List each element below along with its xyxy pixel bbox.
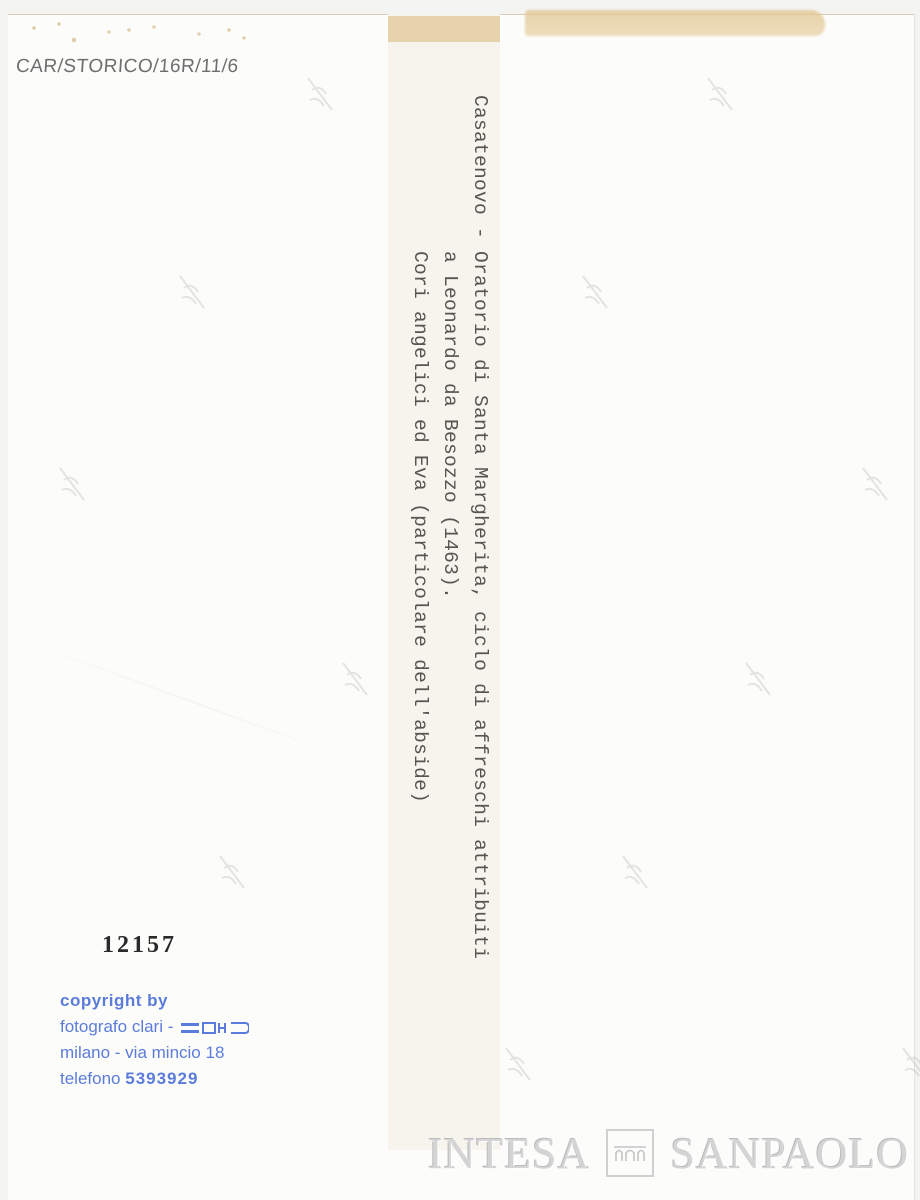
intesa-sanpaolo-watermark: INTESA SANPAOLO	[428, 1128, 909, 1178]
copyright-line: copyright by	[60, 988, 249, 1014]
caption-line-2: a Leonardo da Besozzo (1463).	[435, 95, 465, 1095]
brand-name-left: INTESA	[428, 1128, 590, 1179]
archive-code: CAR/STORICO/16R/11/6	[15, 56, 239, 78]
phone-line: telefono 5393929	[60, 1066, 249, 1092]
phone-number: 5393929	[125, 1069, 198, 1088]
phone-label: telefono	[60, 1069, 121, 1088]
embossed-monogram-icon	[738, 655, 778, 705]
adhesive-stain	[525, 10, 825, 36]
embossed-monogram-icon	[335, 655, 375, 705]
photographer-line: fotografo clari -	[60, 1014, 249, 1040]
address-line: milano - via mincio 18	[60, 1040, 249, 1066]
arches-icon	[606, 1129, 654, 1177]
embossed-monogram-icon	[172, 268, 212, 318]
inventory-number-stamp: 12157	[102, 932, 177, 959]
caption-line-1: Casatenovo - Oratorio di Santa Margherit…	[465, 95, 495, 1095]
embossed-monogram-icon	[52, 460, 92, 510]
tape-residue	[388, 16, 500, 42]
brand-name-right: SANPAOLO	[670, 1128, 909, 1179]
typewritten-caption: Casatenovo - Oratorio di Santa Margherit…	[395, 95, 495, 1095]
embossed-monogram-icon	[855, 460, 895, 510]
photographer-copyright-stamp: copyright by fotografo clari - milano - …	[60, 988, 249, 1092]
embossed-monogram-icon	[700, 70, 740, 120]
studio-logo-icon	[179, 1021, 249, 1035]
embossed-monogram-icon	[575, 268, 615, 318]
embossed-monogram-icon	[895, 1040, 920, 1090]
embossed-monogram-icon	[300, 70, 340, 120]
caption-line-3: Cori angelici ed Eva (particolare dell'a…	[405, 95, 435, 1095]
embossed-monogram-icon	[212, 848, 252, 898]
foxing-stains	[14, 18, 264, 48]
embossed-monogram-icon	[498, 1040, 538, 1090]
embossed-monogram-icon	[615, 848, 655, 898]
photographer-name: fotografo clari -	[60, 1017, 173, 1036]
